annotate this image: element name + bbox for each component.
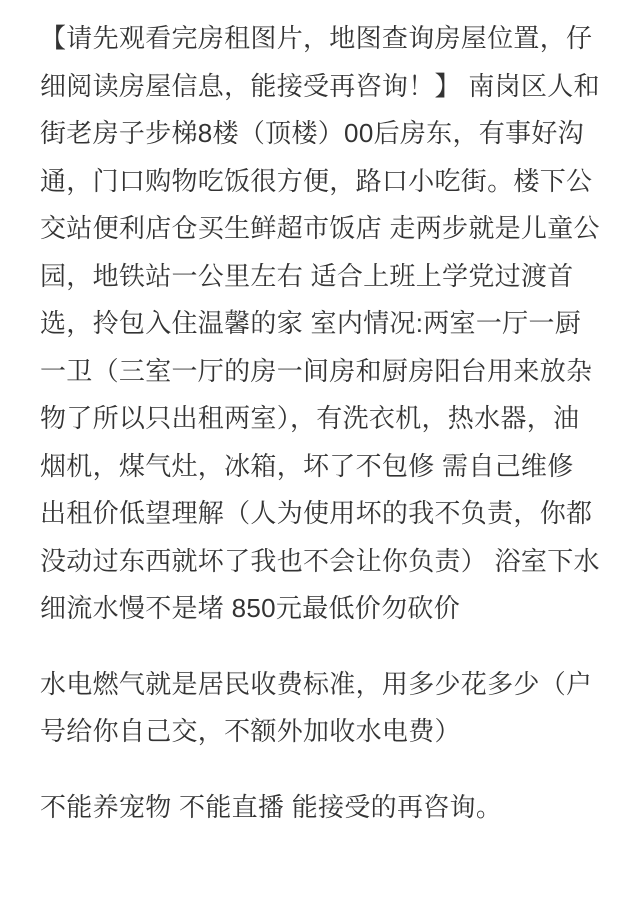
listing-description: 【请先观看完房租图片，地图查询房屋位置，仔细阅读房屋信息，能接受再咨询！】 南岗…	[0, 0, 640, 831]
description-paragraph-rules: 不能养宠物 不能直播 能接受的再咨询。	[40, 784, 600, 832]
description-paragraph-main: 【请先观看完房租图片，地图查询房屋位置，仔细阅读房屋信息，能接受再咨询！】 南岗…	[40, 15, 600, 633]
description-paragraph-utilities: 水电燃气就是居民收费标准，用多少花多少（户号给你自己交，不额外加收水电费）	[40, 661, 600, 756]
